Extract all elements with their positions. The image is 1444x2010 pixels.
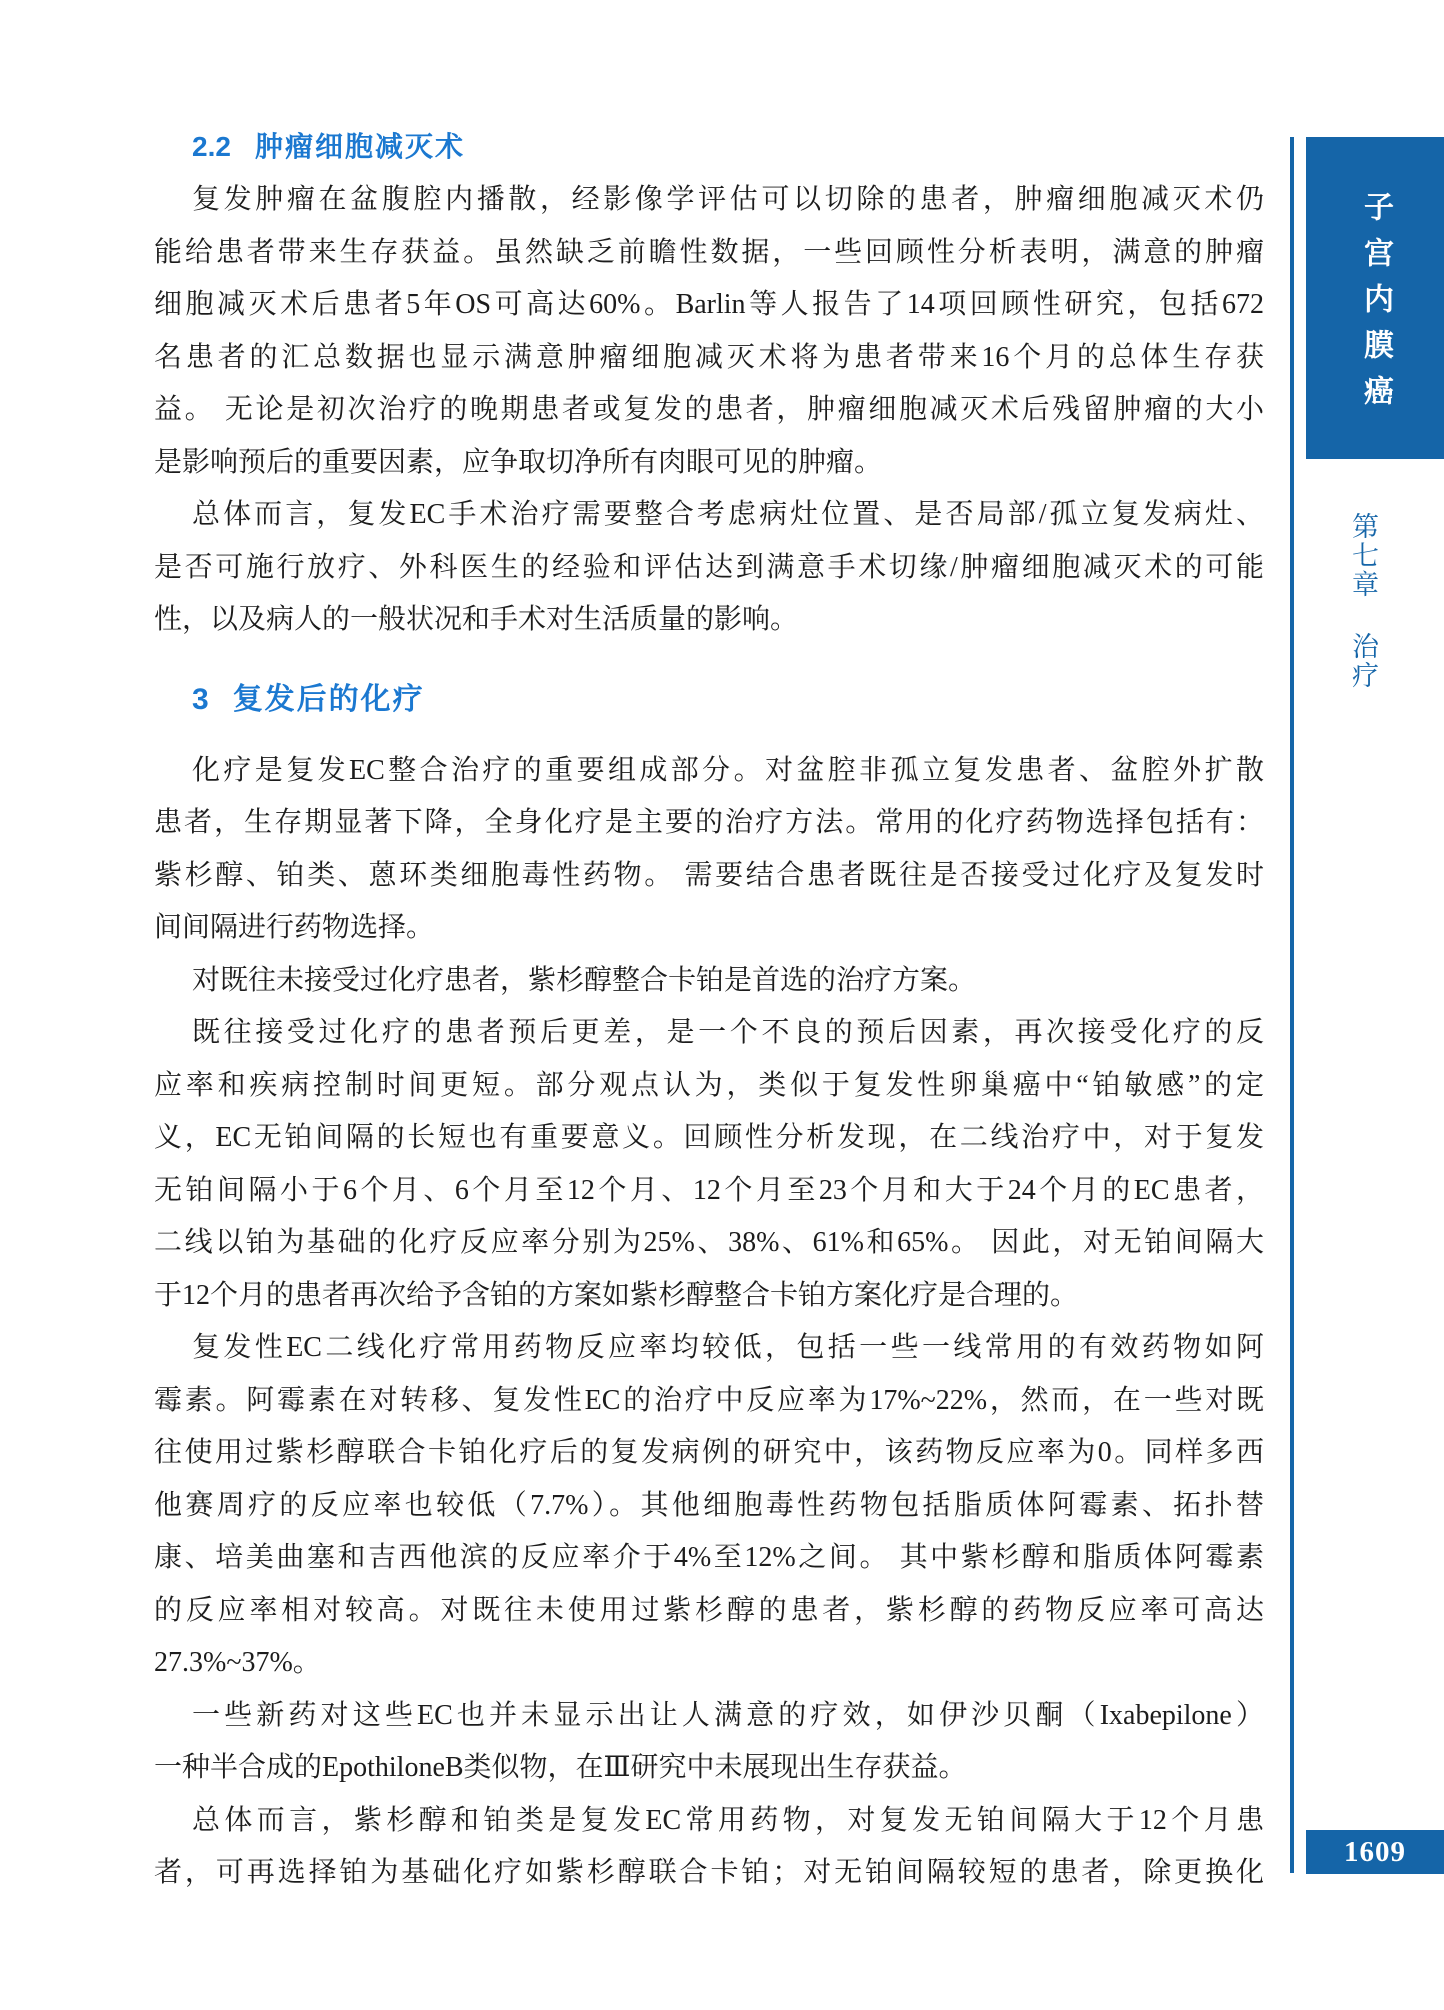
text-line: 间间隔进行药物选择。 (154, 902, 1264, 955)
paragraph: 化疗是复发EC整合治疗的重要组成部分。对盆腔非孤立复发患者、盆腔外扩散患者，生存… (154, 745, 1264, 955)
chapter-caption: 第七章 治疗 (1344, 512, 1383, 690)
text-line: 应率和疾病控制时间更短。部分观点认为，类似于复发性卵巢癌中“铂敏感”的定 (154, 1060, 1264, 1113)
paragraph: 总体而言，紫杉醇和铂类是复发EC常用药物，对复发无铂间隔大于12个月患者，可再选… (154, 1795, 1264, 1900)
sidebar-rule (1290, 137, 1294, 1873)
heading-number: 2.2 (192, 131, 231, 162)
text-line: 名患者的汇总数据也显示满意肿瘤细胞减灭术将为患者带来16个月的总体生存获 (154, 332, 1264, 385)
text-line: 总体而言，复发EC手术治疗需要整合考虑病灶位置、是否局部/孤立复发病灶、 (154, 489, 1264, 542)
text-line: 能给患者带来生存获益。虽然缺乏前瞻性数据，一些回顾性分析表明，满意的肿瘤 (154, 227, 1264, 280)
paragraph: 复发性EC二线化疗常用药物反应率均较低，包括一些一线常用的有效药物如阿霉素。阿霉… (154, 1322, 1264, 1690)
heading-title: 复发后的化疗 (233, 683, 425, 716)
chapter-tab: 子宫内膜癌 (1306, 137, 1444, 459)
text-line: 霉素。阿霉素在对转移、复发性EC的治疗中反应率为17%~22%，然而，在一些对既 (154, 1375, 1264, 1428)
text-line: 复发性EC二线化疗常用药物反应率均较低，包括一些一线常用的有效药物如阿 (154, 1322, 1264, 1375)
paragraph: 一些新药对这些EC也并未显示出让人满意的疗效，如伊沙贝酮（Ixabepilone… (154, 1690, 1264, 1795)
text-line: 是否可施行放疗、外科医生的经验和评估达到满意手术切缘/肿瘤细胞减灭术的可能 (154, 542, 1264, 595)
page: 2.2肿瘤细胞减灭术复发肿瘤在盆腹腔内播散，经影像学评估可以切除的患者，肿瘤细胞… (0, 0, 1444, 2010)
text-line: 的反应率相对较高。对既往未使用过紫杉醇的患者，紫杉醇的药物反应率可高达 (154, 1585, 1264, 1638)
text-line: 一种半合成的EpothiloneB类似物，在Ⅲ研究中未展现出生存获益。 (154, 1742, 1264, 1795)
text-line: 对既往未接受过化疗患者，紫杉醇整合卡铂是首选的治疗方案。 (154, 955, 1264, 1008)
paragraph: 复发肿瘤在盆腹腔内播散，经影像学评估可以切除的患者，肿瘤细胞减灭术仍能给患者带来… (154, 174, 1264, 489)
text-line: 于12个月的患者再次给予含铂的方案如紫杉醇整合卡铂方案化疗是合理的。 (154, 1270, 1264, 1323)
text-line: 性，以及病人的一般状况和手术对生活质量的影响。 (154, 594, 1264, 647)
chapter-topic-label: 治疗 (1344, 632, 1383, 690)
paragraph: 总体而言，复发EC手术治疗需要整合考虑病灶位置、是否局部/孤立复发病灶、是否可施… (154, 489, 1264, 647)
text-line: 患者，生存期显著下降，全身化疗是主要的治疗方法。常用的化疗药物选择包括有： (154, 797, 1264, 850)
text-line: 往使用过紫杉醇联合卡铂化疗后的复发病例的研究中，该药物反应率为0。同样多西 (154, 1427, 1264, 1480)
text-line: 康、培美曲塞和吉西他滨的反应率介于4%至12%之间。 其中紫杉醇和脂质体阿霉素 (154, 1532, 1264, 1585)
section-heading: 3复发后的化疗 (192, 682, 1264, 718)
heading-number: 3 (192, 683, 209, 716)
text-line: 无铂间隔小于6个月、6个月至12个月、12个月至23个月和大于24个月的EC患者… (154, 1165, 1264, 1218)
page-number: 1609 (1344, 1836, 1406, 1869)
subsection-heading: 2.2肿瘤细胞减灭术 (192, 130, 1264, 164)
text-line: 二线以铂为基础的化疗反应率分别为25%、38%、61%和65%。 因此，对无铂间… (154, 1217, 1264, 1270)
text-line: 细胞减灭术后患者5年OS可高达60%。Barlin等人报告了14项回顾性研究，包… (154, 279, 1264, 332)
text-line: 者，可再选择铂为基础化疗如紫杉醇联合卡铂；对无铂间隔较短的患者，除更换化 (154, 1847, 1264, 1900)
chapter-tab-label: 子宫内膜癌 (1353, 191, 1397, 421)
paragraph: 对既往未接受过化疗患者，紫杉醇整合卡铂是首选的治疗方案。 (154, 955, 1264, 1008)
text-line: 总体而言，紫杉醇和铂类是复发EC常用药物，对复发无铂间隔大于12个月患 (154, 1795, 1264, 1848)
text-line: 益。 无论是初次治疗的晚期患者或复发的患者，肿瘤细胞减灭术后残留肿瘤的大小 (154, 384, 1264, 437)
heading-title: 肿瘤细胞减灭术 (255, 131, 465, 162)
chapter-number-label: 第七章 (1344, 512, 1383, 599)
text-line: 是影响预后的重要因素，应争取切净所有肉眼可见的肿瘤。 (154, 437, 1264, 490)
text-line: 义，EC无铂间隔的长短也有重要意义。回顾性分析发现，在二线治疗中，对于复发 (154, 1112, 1264, 1165)
text-line: 化疗是复发EC整合治疗的重要组成部分。对盆腔非孤立复发患者、盆腔外扩散 (154, 745, 1264, 798)
page-number-box: 1609 (1306, 1830, 1444, 1874)
text-line: 一些新药对这些EC也并未显示出让人满意的疗效，如伊沙贝酮（Ixabepilone… (154, 1690, 1264, 1743)
document-body: 2.2肿瘤细胞减灭术复发肿瘤在盆腹腔内播散，经影像学评估可以切除的患者，肿瘤细胞… (154, 0, 1264, 1900)
text-line: 他赛周疗的反应率也较低（7.7%）。其他细胞毒性药物包括脂质体阿霉素、拓扑替 (154, 1480, 1264, 1533)
paragraph: 既往接受过化疗的患者预后更差，是一个不良的预后因素，再次接受化疗的反应率和疾病控… (154, 1007, 1264, 1322)
text-line: 27.3%~37%。 (154, 1637, 1264, 1690)
text-line: 紫杉醇、铂类、蒽环类细胞毒性药物。 需要结合患者既往是否接受过化疗及复发时 (154, 850, 1264, 903)
text-line: 既往接受过化疗的患者预后更差，是一个不良的预后因素，再次接受化疗的反 (154, 1007, 1264, 1060)
text-line: 复发肿瘤在盆腹腔内播散，经影像学评估可以切除的患者，肿瘤细胞减灭术仍 (154, 174, 1264, 227)
